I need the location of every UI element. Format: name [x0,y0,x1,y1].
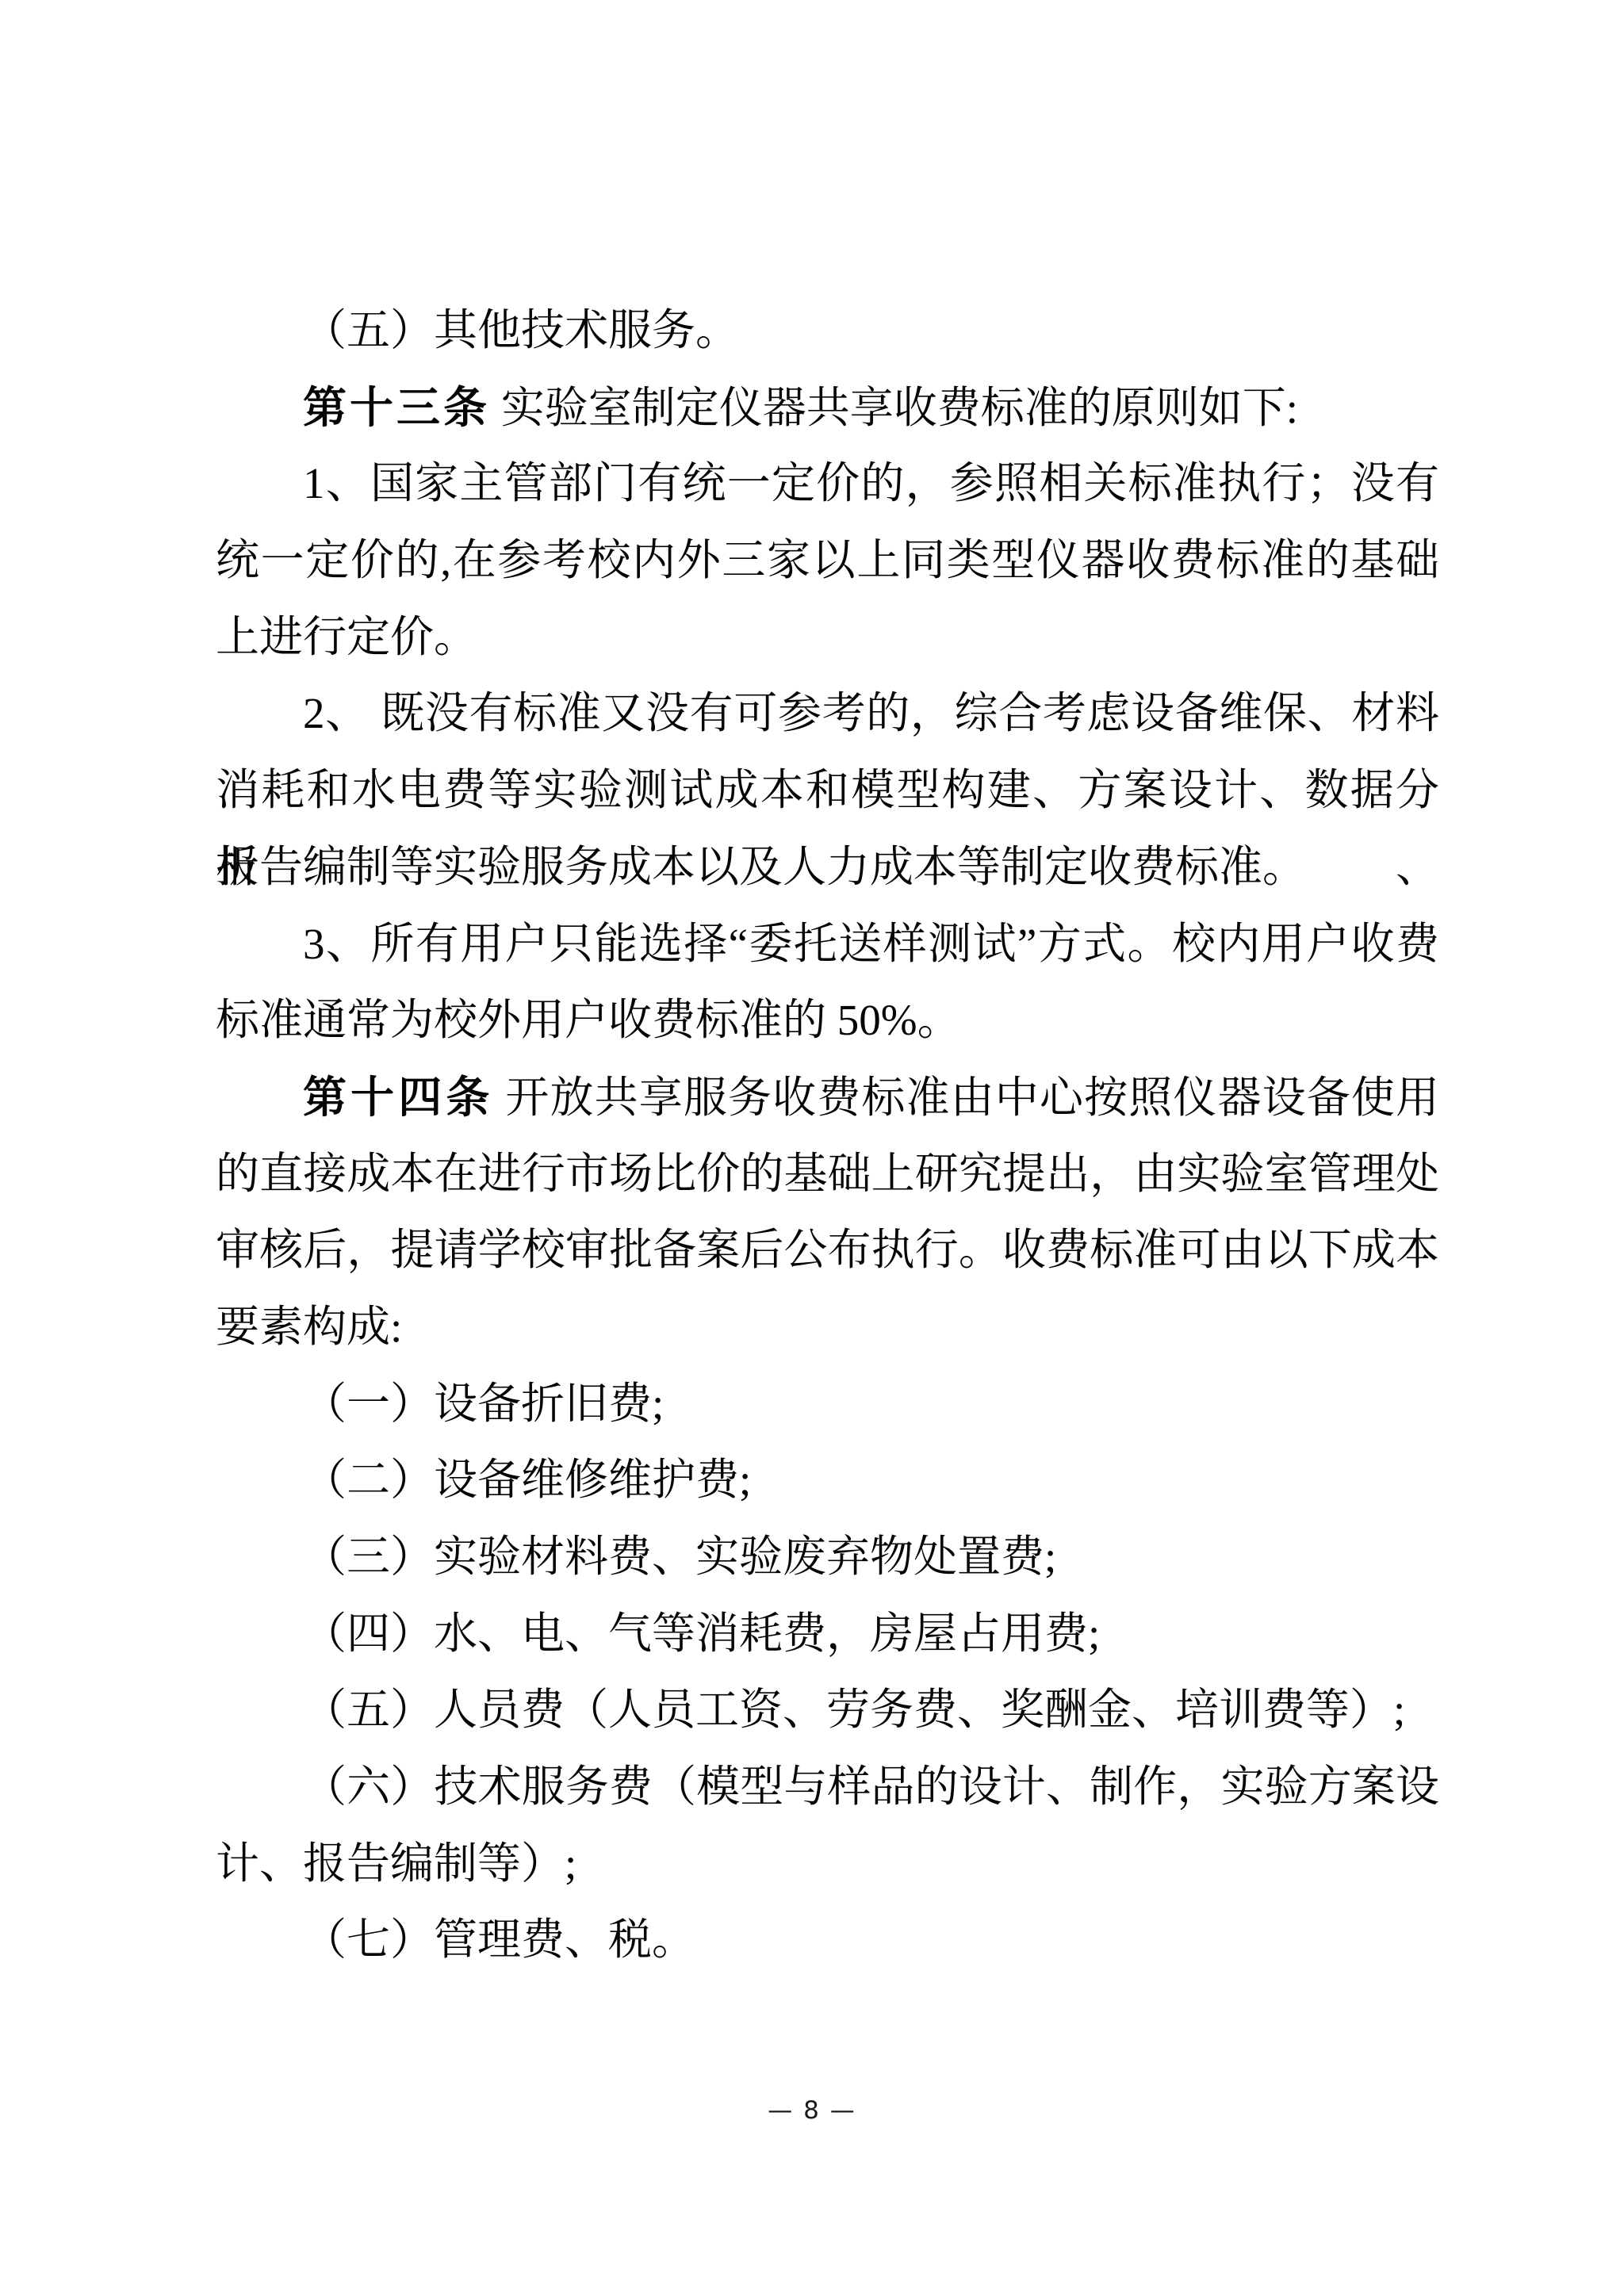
list-item: （六）技术服务费（模型与样品的设计、制作，实验方案设 [216,1749,1439,1826]
text-line: （五）其他技术服务。 [216,293,1439,369]
list-item: （五）人员费（人员工资、劳务费、奖酬金、培训费等）; [216,1672,1439,1749]
text-line: 统一定价的,在参考校内外三家以上同类型仪器收费标准的基础 [216,522,1439,599]
list-item-continuation: 计、报告编制等）; [216,1826,1439,1903]
article-13-heading-rest: 实验室制定仪器共享收费标准的原则如下: [490,384,1298,432]
article-14-heading: 第十四条 [303,1073,494,1122]
list-item: （二）设备维修维护费; [216,1442,1439,1519]
page-number: — 8 — [0,2093,1624,2128]
document-page: （五）其他技术服务。 第十三条 实验室制定仪器共享收费标准的原则如下: 1、国家… [0,0,1624,2296]
text-line: 的直接成本在进行市场比价的基础上研究提出，由实验室管理处 [216,1136,1439,1213]
text-line: 报告编制等实验服务成本以及人力成本等制定收费标准。 [216,829,1439,906]
text-line: 3、所有用户只能选择“委托送样测试”方式。校内用户收费 [216,906,1439,983]
text-line: 标准通常为校外用户收费标准的 50%。 [216,982,1439,1059]
text-line-article-14: 第十四条 开放共享服务收费标准由中心按照仪器设备使用 [216,1059,1439,1136]
text-line-article-13: 第十三条 实验室制定仪器共享收费标准的原则如下: [216,369,1439,446]
list-item: （一）设备折旧费; [216,1366,1439,1443]
list-item: （四）水、电、气等消耗费，房屋占用费; [216,1596,1439,1673]
article-13-heading: 第十三条 [303,383,490,432]
text-line: 1、国家主管部门有统一定价的，参照相关标准执行；没有 [216,446,1439,522]
text-line: 2、 既没有标准又没有可参考的，综合考虑设备维保、材料 [216,675,1439,752]
text-line: 要素构成: [216,1289,1439,1366]
list-item: （三）实验材料费、实验废弃物处置费; [216,1519,1439,1596]
text-line: 审核后，提请学校审批备案后公布执行。收费标准可由以下成本 [216,1212,1439,1289]
text-line: 消耗和水电费等实验测试成本和模型构建、方案设计、数据分析、 [216,752,1439,829]
document-body: （五）其他技术服务。 第十三条 实验室制定仪器共享收费标准的原则如下: 1、国家… [216,293,1439,1979]
text-line: 上进行定价。 [216,599,1439,676]
article-14-heading-rest: 开放共享服务收费标准由中心按照仪器设备使用 [494,1073,1439,1122]
list-item: （七）管理费、税。 [216,1902,1439,1979]
